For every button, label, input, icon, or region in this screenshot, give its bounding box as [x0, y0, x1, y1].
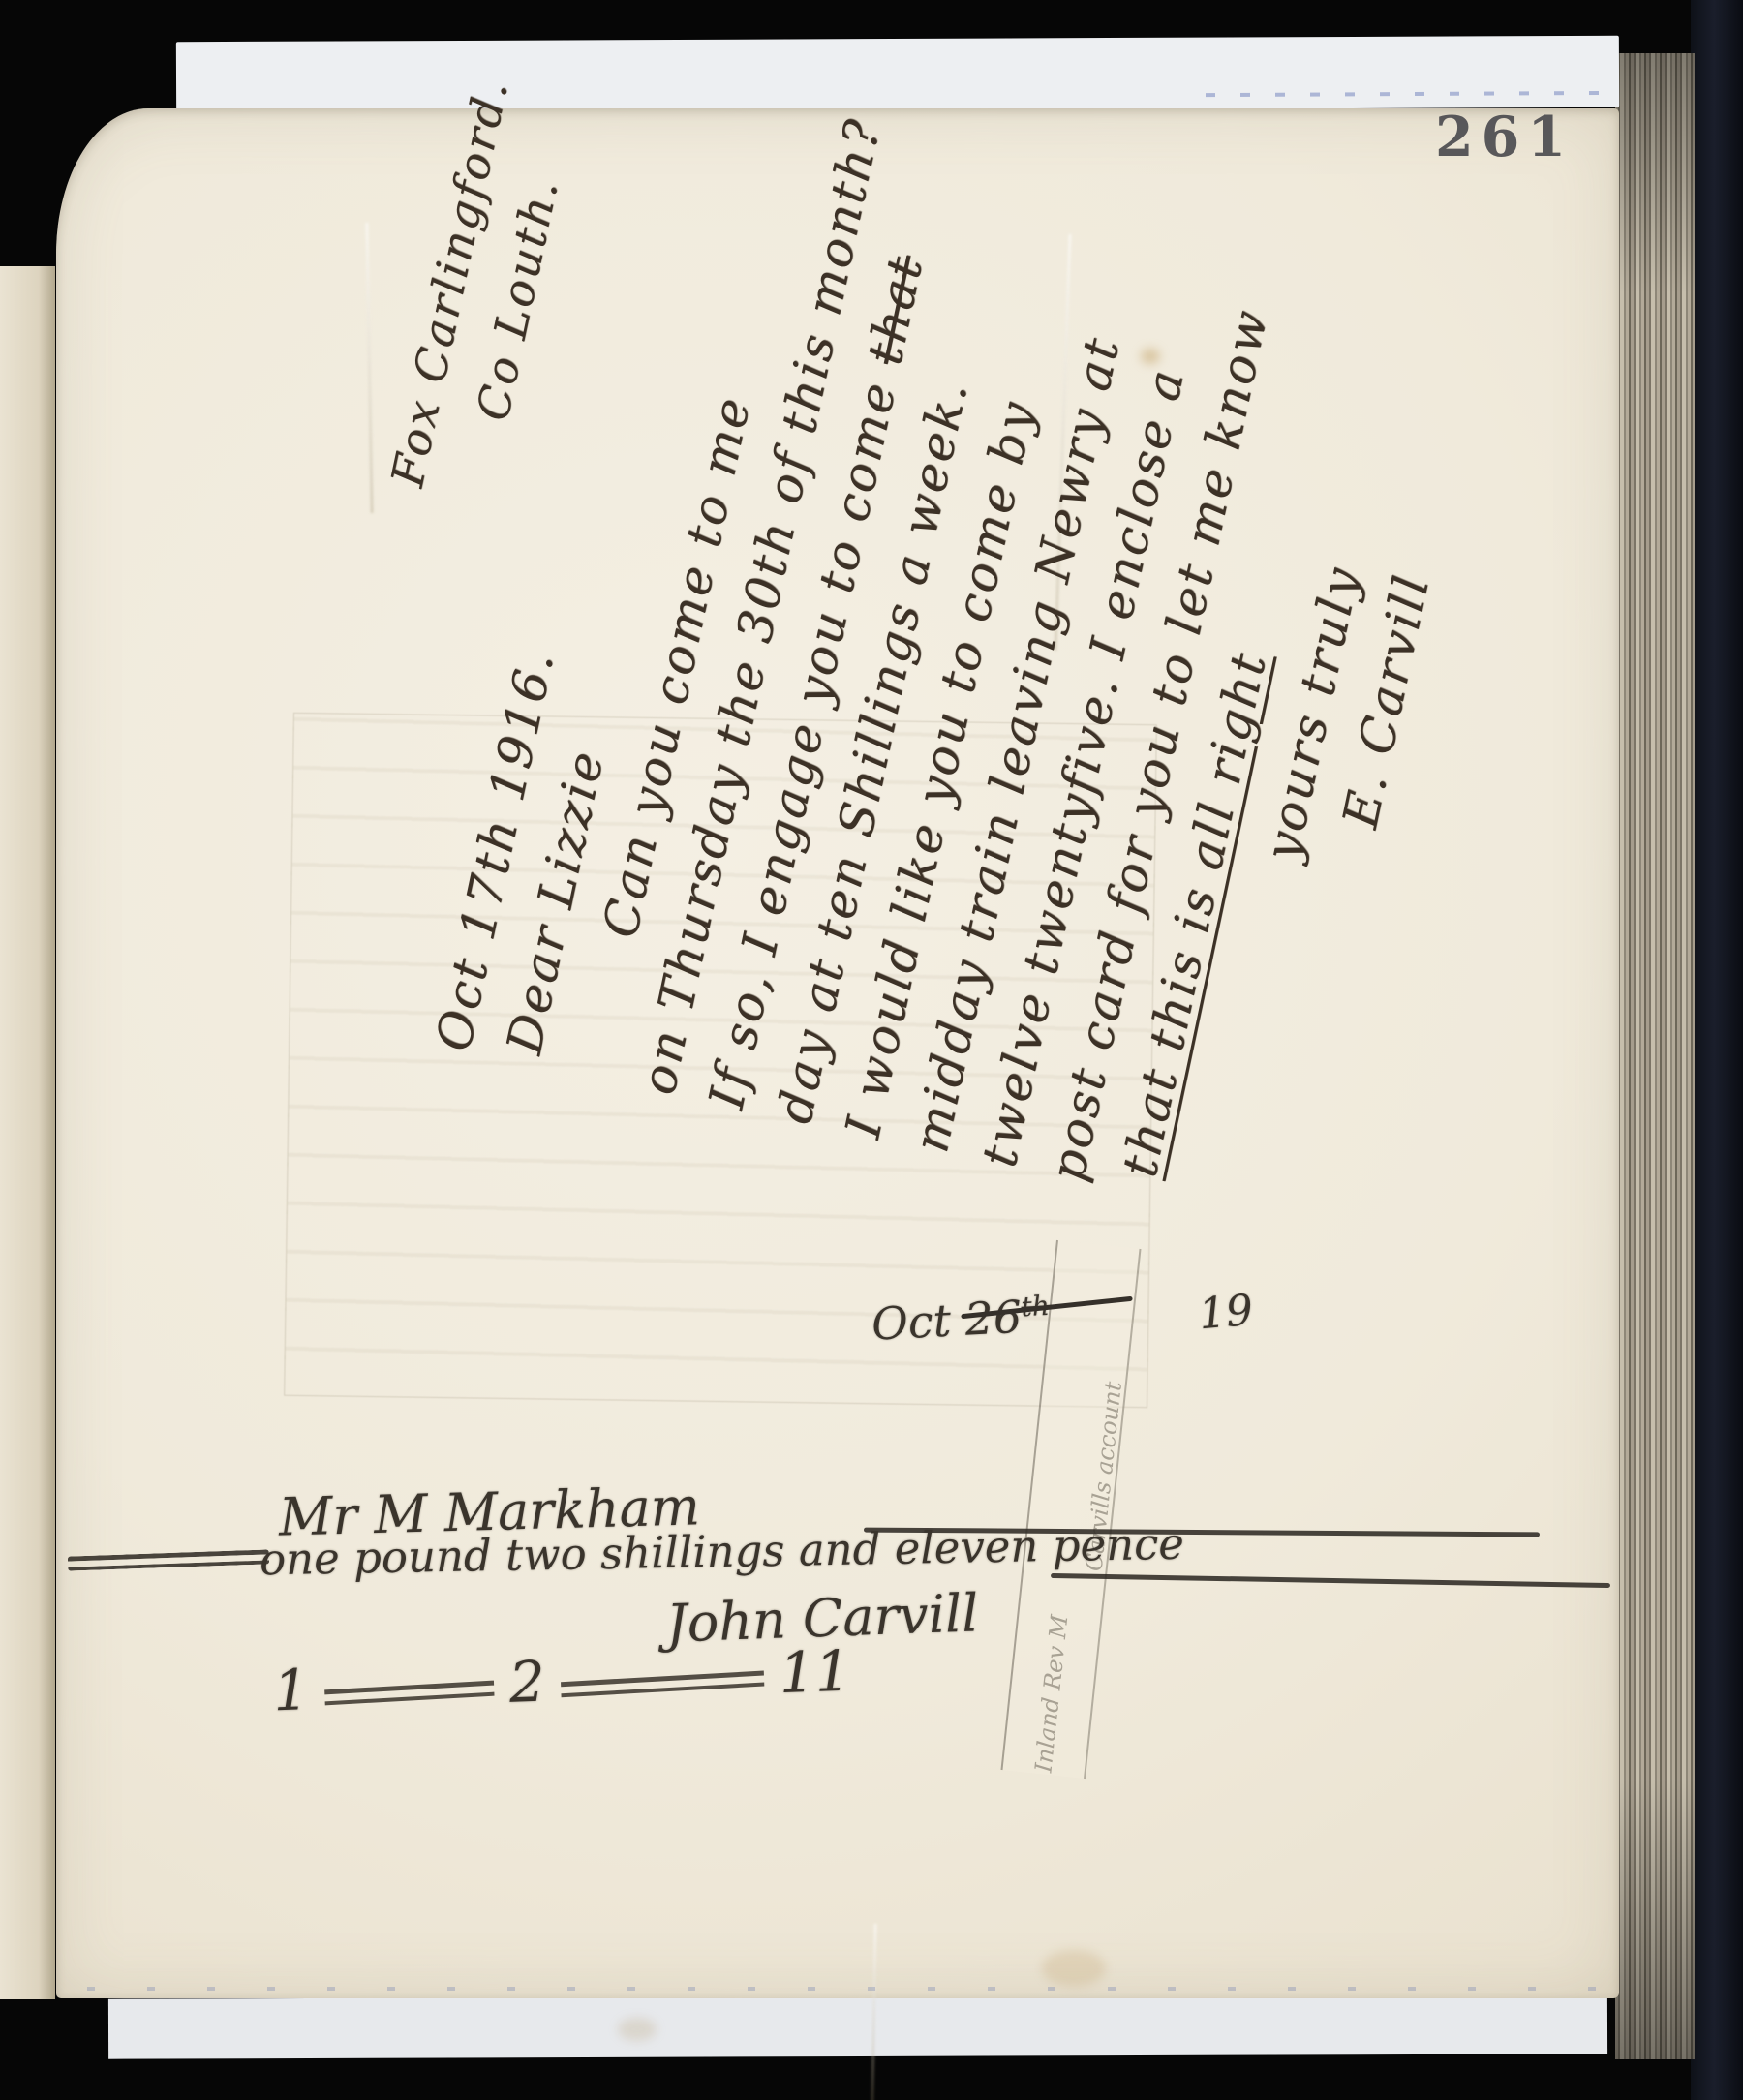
amount-pounds: 1: [272, 1657, 310, 1723]
folio-reference: 19: [1197, 1286, 1255, 1340]
binding-thread-marks: [87, 1987, 1598, 1991]
ledger-entry-date-text: Oct 26: [871, 1291, 1024, 1351]
facing-page-edge: [0, 266, 55, 1999]
ledger-entry-date: Oct 26th: [871, 1289, 1052, 1351]
amount-separator-bar: [324, 1681, 494, 1706]
amount-pence: 11: [778, 1638, 851, 1707]
paper-stain: [618, 2018, 657, 2041]
amount-separator-bar: [561, 1671, 764, 1698]
page-stack-fore-edge: [1615, 53, 1695, 2059]
slip-note-lower: Inland Rev M: [1030, 1614, 1074, 1774]
amount-shillings: 2: [508, 1649, 546, 1716]
backing-sheet-bottom: [108, 1993, 1607, 2058]
book-cover-edge: [1691, 0, 1743, 2100]
paper-stain: [1042, 1950, 1106, 1987]
paper-crease: [365, 223, 373, 513]
